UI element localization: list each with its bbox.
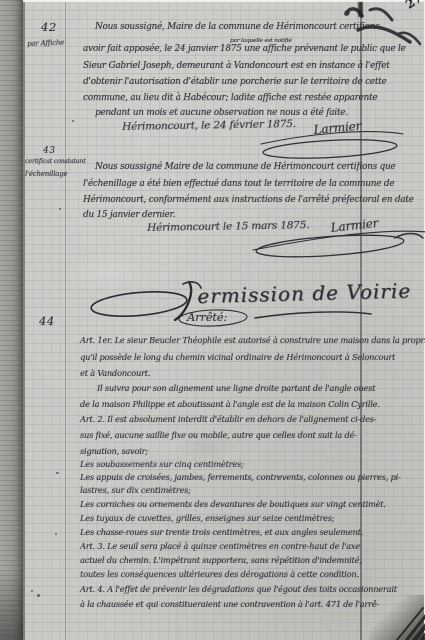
manuscript-line: toutes les conséquences ultérieures des … bbox=[80, 569, 359, 579]
manuscript-line: de la maison Philippe et aboutissant à l… bbox=[80, 399, 380, 409]
manuscript-line: Art. 1er. Le sieur Beucler Théophile est… bbox=[80, 335, 425, 345]
manuscript-line: Nous soussigné, Maire de la commune de H… bbox=[95, 22, 379, 32]
manuscript-line: Les soubassements sur cinq centimètres; bbox=[80, 459, 244, 469]
manuscript-line: sus fixé, aucune saillie fixe ou mobile,… bbox=[80, 430, 357, 440]
signature-flourish bbox=[257, 120, 407, 165]
manuscript-line: du 15 janvier dernier. bbox=[83, 210, 175, 220]
manuscript-line: actuel du chemin. L'impétrant supportera… bbox=[80, 555, 362, 565]
manuscript-line: avoir fait apposée, le 24 janvier 1875 u… bbox=[83, 44, 406, 54]
manuscript-line: signation, savoir; bbox=[80, 446, 148, 456]
manuscript-line: à la chaussée et qui constitueraient une… bbox=[80, 599, 379, 609]
entry-43-margin-note: certificat constatant bbox=[25, 158, 86, 165]
ink-speck bbox=[37, 594, 40, 597]
manuscript-line: Les tuyaux de cuvettes, grilles, enseign… bbox=[80, 513, 334, 523]
book-binding-edge bbox=[0, 0, 23, 640]
margin-rule-line bbox=[65, 2, 66, 640]
manuscript-line: d'obtenir l'autorisation d'établir une p… bbox=[83, 77, 387, 87]
manuscript-line: Nous soussigné Maire de la commune de Hé… bbox=[95, 162, 395, 172]
manuscript-line: qu'il possède le long du chemin vicinal … bbox=[80, 352, 395, 362]
ink-speck bbox=[59, 208, 61, 210]
manuscript-line: Sieur Gabriel Joseph, demeurant à Vandon… bbox=[83, 61, 390, 71]
manuscript-line: Art. 4. A l'effet de prévenir les dégrad… bbox=[80, 584, 397, 594]
corner-streaks bbox=[377, 602, 425, 640]
ink-speck bbox=[55, 533, 57, 535]
manuscript-line: l'échenillage a été bien effectué dans t… bbox=[83, 179, 394, 189]
register-paper: 27 42 par Affiche Nous soussigné, Maire … bbox=[23, 2, 424, 640]
scanned-register-page: 27 42 par Affiche Nous soussigné, Maire … bbox=[0, 0, 425, 640]
entry-42-margin-note: par Affiche bbox=[27, 39, 64, 48]
manuscript-line: Art. 2. Il est absolument interdit d'éta… bbox=[80, 414, 376, 424]
manuscript-line: Les chasse-roues sur trente trois centim… bbox=[80, 527, 363, 537]
manuscript-line: Hérimoncourt, conformément aux instructi… bbox=[83, 195, 414, 205]
manuscript-line: et à Vandoncourt. bbox=[80, 368, 150, 378]
manuscript-line: commune, au lieu dit à Habécour; ladite … bbox=[83, 93, 377, 103]
entry-44-number: 44 bbox=[39, 314, 55, 328]
manuscript-line: Les appuis de croisées, jambes, ferremen… bbox=[80, 472, 401, 482]
entry-43-margin-note: l'échenillage bbox=[25, 170, 67, 178]
signature-flourish bbox=[245, 222, 425, 267]
manuscript-line: Il suivra pour son alignement une ligne … bbox=[97, 383, 375, 393]
ink-speck bbox=[31, 590, 33, 592]
ink-speck bbox=[72, 120, 74, 122]
ink-speck bbox=[56, 472, 59, 474]
title-underline-flourish bbox=[253, 308, 373, 322]
manuscript-line: pendant un mois et aucune observation ne… bbox=[95, 108, 348, 118]
subtitle-oval-flourish bbox=[177, 308, 249, 328]
entry-42-number: 42 bbox=[41, 20, 57, 34]
entry-43-number: 43 bbox=[43, 146, 55, 156]
manuscript-line: Les corniches ou ornements des devanture… bbox=[80, 499, 386, 509]
manuscript-line: lastres, sur dix centimètres; bbox=[80, 485, 191, 495]
manuscript-line: Art. 3. Le seuil sera placé à quinze cen… bbox=[80, 541, 360, 551]
